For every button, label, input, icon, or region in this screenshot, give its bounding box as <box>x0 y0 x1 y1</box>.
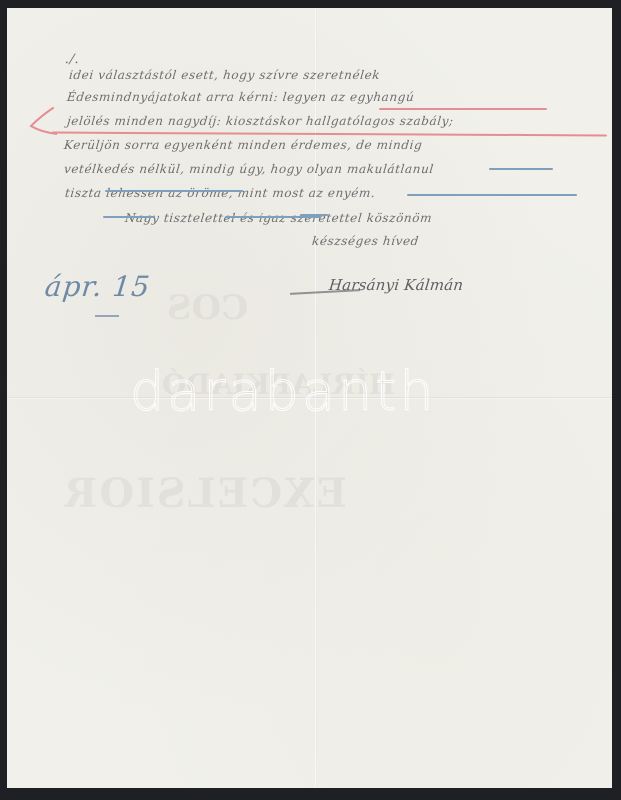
blue-underline <box>300 214 328 216</box>
letter-line-5: vetélkedés nélkül, mindig úgy, hogy olya… <box>63 162 434 176</box>
page-mark: ./. <box>64 52 80 67</box>
letter-line-1: idei választástól esett, hogy szívre sze… <box>68 68 381 82</box>
letter-line-6: tiszta lehessen az öröme, mint most az e… <box>64 186 376 200</box>
red-bracket-mark <box>27 106 57 146</box>
closing-valediction: készséges híved <box>311 234 419 248</box>
closing-line: Nagy tisztelettel és igaz szeretettel kö… <box>124 211 433 225</box>
bleed-through-text: EXCELSIOR <box>62 470 347 517</box>
blue-underline <box>105 190 243 192</box>
letter-line-2: Édesmindnyájatokat arra kérni: legyen az… <box>66 90 415 104</box>
bleed-through-text: COS <box>167 288 248 328</box>
signature: Harsányi Kálmán <box>328 276 464 294</box>
red-underline <box>379 108 547 110</box>
letter-line-3: jelölés minden nagydíj: kiosztáskor hall… <box>66 114 454 128</box>
blue-underline <box>103 216 155 218</box>
letter-line-4: Kerüljön sorra egyenként minden érdemes,… <box>63 138 423 152</box>
blue-underline <box>225 216 321 218</box>
date-underline <box>95 315 119 317</box>
date-annotation: ápr. 15 <box>43 270 152 303</box>
red-underline <box>52 132 607 137</box>
watermark: darabanth <box>130 360 437 423</box>
blue-underline <box>489 168 553 170</box>
letter-page: COS HÍRLAPKIADÓ EXCELSIOR ./. idei válas… <box>7 8 612 788</box>
blue-underline <box>407 194 577 196</box>
